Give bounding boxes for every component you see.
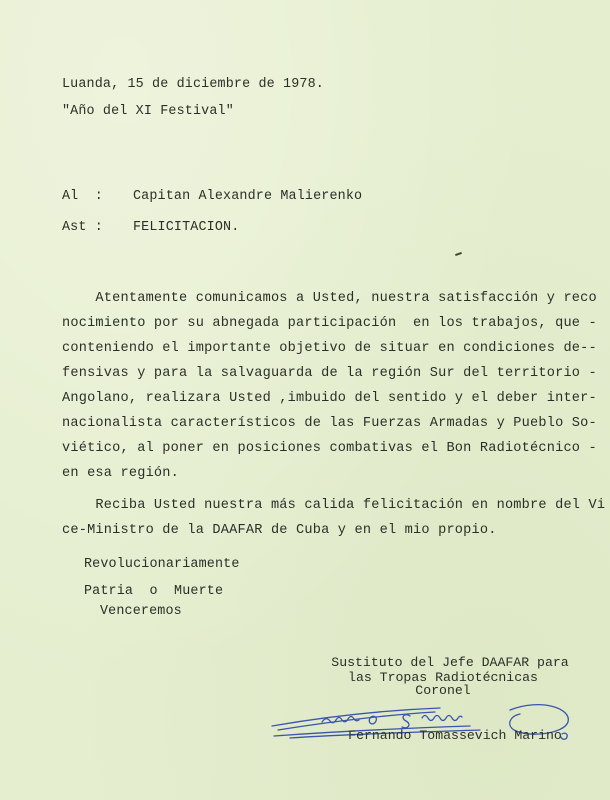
place-date: Luanda, 15 de diciembre de 1978. (62, 77, 324, 93)
subject-value: FELICITACION. (133, 220, 239, 236)
body-line: Angolano, realizara Usted ,imbuido del s… (62, 391, 597, 407)
closing-motto-line1: Patria o Muerte (84, 584, 223, 600)
body-line: Reciba Usted nuestra más calida felicita… (62, 498, 605, 514)
year-motto: "Año del XI Festival" (62, 104, 234, 120)
signer-title-line1: Sustituto del Jefe DAAFAR para (305, 655, 595, 670)
body-line: en esa región. (62, 466, 179, 482)
body-line: Atentamente comunicamos a Usted, nuestra… (62, 291, 597, 307)
body-line: nocimiento por su abnegada participación… (62, 316, 597, 332)
body-line: nacionalista característicos de las Fuer… (62, 416, 597, 432)
body-line: fensivas y para la salvaguarda de la reg… (62, 366, 597, 382)
subject-label: Ast : (62, 220, 103, 236)
letter-page: Luanda, 15 de diciembre de 1978. "Año de… (0, 0, 610, 800)
body-line: conteniendo el importante objetivo de si… (62, 341, 597, 357)
body-line: viético, al poner en posiciones combativ… (62, 441, 597, 457)
ink-speck (455, 252, 462, 256)
closing-motto-line2: Venceremos (100, 604, 182, 620)
body-line: ce-Ministro de la DAAFAR de Cuba y en el… (62, 523, 497, 539)
recipient-name: Capitan Alexandre Malierenko (133, 189, 362, 205)
signer-name: Fernando Tomassevich Marino (310, 728, 600, 743)
closing-salutation: Revolucionariamente (84, 557, 240, 573)
recipient-label: Al : (62, 189, 103, 205)
